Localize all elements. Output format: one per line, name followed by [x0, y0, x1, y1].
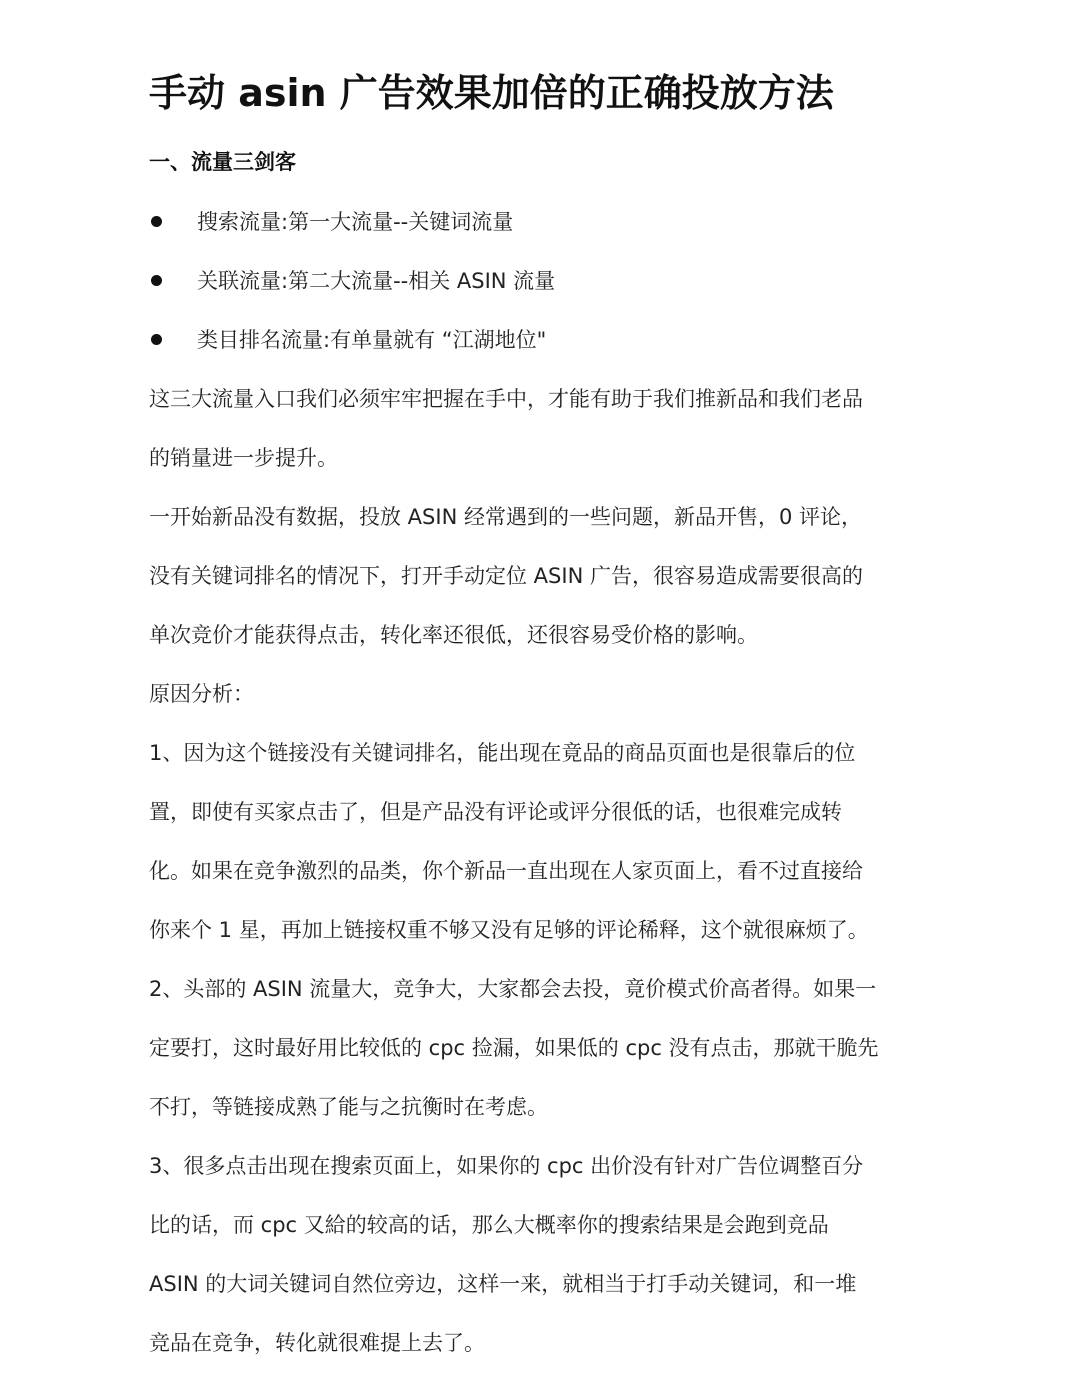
paragraph-line: 的销量进一步提升。 [149, 442, 338, 472]
bullet-item-category-traffic: 类目排名流量:有单量就有 “江湖地位" [149, 324, 546, 354]
paragraph-line: 化。如果在竞争激烈的品类，你个新品一直出现在人家页面上，看不过直接给 [149, 855, 863, 885]
bullet-text: 关联流量:第二大流量--相关 ASIN 流量 [197, 265, 555, 295]
paragraph-line: 竞品在竞争，转化就很难提上去了。 [149, 1327, 485, 1357]
paragraph-line: 你来个 1 星，再加上链接权重不够又没有足够的评论稀释，这个就很麻烦了。 [149, 914, 869, 944]
paragraph-line: 3、很多点击出现在搜索页面上，如果你的 cpc 出价没有针对广告位调整百分 [149, 1150, 863, 1180]
bullet-dot-icon [151, 216, 162, 227]
paragraph-line: 1、因为这个链接没有关键词排名，能出现在竟品的商品页面也是很靠后的位 [149, 737, 855, 767]
paragraph-line: 置，即使有买家点击了，但是产品没有评论或评分很低的话，也很难完成转 [149, 796, 842, 826]
paragraph-line: 没有关键词排名的情况下，打开手动定位 ASIN 广告，很容易造成需要很高的 [149, 560, 863, 590]
bullet-text: 搜索流量:第一大流量--关键词流量 [197, 206, 513, 236]
page-title: 手动 asin 广告效果加倍的正确投放方法 [149, 62, 834, 117]
bullet-text: 类目排名流量:有单量就有 “江湖地位" [197, 324, 546, 354]
paragraph-line: 定要打，这时最好用比较低的 cpc 捡漏，如果低的 cpc 没有点击，那就干脆先 [149, 1032, 879, 1062]
analysis-heading: 原因分析： [149, 678, 254, 708]
paragraph-line: 这三大流量入口我们必须牢牢把握在手中，才能有助于我们推新品和我们老品 [149, 383, 863, 413]
bullet-dot-icon [151, 334, 162, 345]
bullet-item-search-traffic: 搜索流量:第一大流量--关键词流量 [149, 206, 513, 236]
paragraph-line: ASIN 的大词关键词自然位旁边，这样一来，就相当于打手动关键词，和一堆 [149, 1268, 856, 1298]
paragraph-line: 不打，等链接成熟了能与之抗衡时在考虑。 [149, 1091, 548, 1121]
paragraph-line: 2、头部的 ASIN 流量大，竞争大，大家都会去投，竟价模式价高者得。如果一 [149, 973, 876, 1003]
section-heading: 一、流量三剑客 [149, 146, 296, 176]
paragraph-line: 比的话，而 cpc 又給的较高的话，那么大概率你的搜索结果是会跑到竞品 [149, 1209, 829, 1239]
bullet-item-related-traffic: 关联流量:第二大流量--相关 ASIN 流量 [149, 265, 555, 295]
bullet-dot-icon [151, 275, 162, 286]
paragraph-line: 单次竞价才能获得点击，转化率还很低，还很容易受价格的影响。 [149, 619, 758, 649]
paragraph-line: 一开始新品没有数据，投放 ASIN 经常遇到的一些问题，新品开售，0 评论， [149, 501, 862, 531]
